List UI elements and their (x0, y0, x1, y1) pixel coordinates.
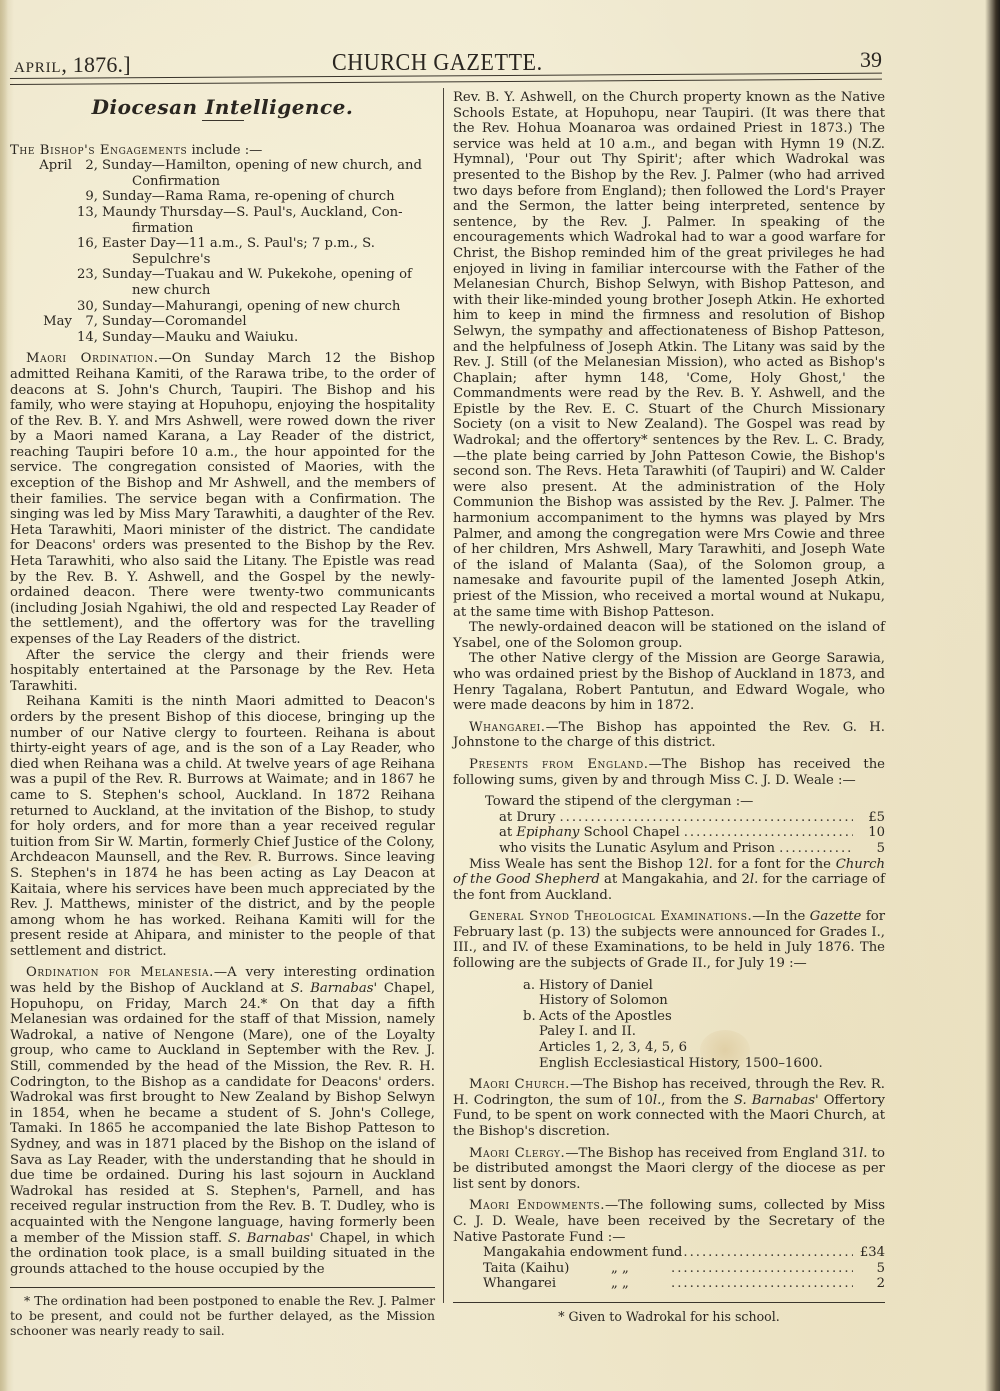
endowment-label: Taita (Kaihu) (483, 1261, 611, 1277)
dot-leader (671, 1245, 853, 1261)
maori-clergy-paragraph: Maori Clergy.—The Bishop has received fr… (453, 1146, 885, 1193)
maori-ordination-paragraph-2: After the service the clergy and their f… (10, 648, 435, 695)
label-text: who visits the Lunatic Asylum and Prison (499, 841, 775, 856)
subject-line: Articles 1, 2, 3, 4, 5, 6 (539, 1040, 885, 1056)
exam-subject: b.Acts of the ApostlesPaley I. and II. (523, 1009, 885, 1040)
melanesia-continued: Rev. B. Y. Ashwell, on the Church proper… (453, 90, 885, 620)
label-text: at Drury (499, 810, 555, 825)
engagement-day: 9, (76, 189, 98, 205)
presents-row: who visits the Lunatic Asylum and Prison… (467, 841, 885, 857)
publication-title: CHURCH GAZETTE. (332, 50, 543, 77)
endowment-row: Whangarei„ „2 (453, 1276, 885, 1292)
endowment-row: Taita (Kaihu)„ „5 (453, 1261, 885, 1277)
engagement-month: May (10, 314, 76, 330)
presents-row-value: 10 (857, 825, 885, 841)
engagement-text: Sunday—Mahurangi, opening of new church (98, 299, 435, 315)
font-text-a: Miss Weale has sent the Bishop 12 (469, 857, 704, 872)
engagement-continuation: Confirmation (10, 174, 435, 190)
engagement-item: 16,Easter Day—11 a.m., S. Paul's; 7 p.m.… (10, 236, 435, 267)
engagement-text: Sunday—Coromandel (98, 314, 435, 330)
engagement-item: 9,Sunday—Rama Rama, re-opening of church (10, 189, 435, 205)
subject-line: History of Daniel (539, 978, 885, 994)
right-column: Rev. B. Y. Ashwell, on the Church proper… (453, 90, 885, 1325)
font-paragraph: Miss Weale has sent the Bishop 12l. for … (453, 857, 885, 904)
title-rule (202, 120, 244, 121)
maori-ordination-label: Maori Ordination. (26, 351, 159, 366)
gazette-italic: Gazette (810, 909, 862, 924)
dot-leader (671, 1276, 853, 1292)
maori-ordination-text: —On Sunday March 12 the Bishop admitted … (10, 351, 435, 647)
presents-row-label: at Drury (499, 810, 555, 826)
maori-endowments-paragraph: Maori Endowments.—The following sums, co… (453, 1198, 885, 1245)
engagement-item: May7,Sunday—Coromandel (10, 314, 435, 330)
whangarei-label: Whangarei. (469, 720, 546, 735)
engagement-day: 7, (76, 314, 98, 330)
melanesia-deacon-station: The newly-ordained deacon will be statio… (453, 620, 885, 651)
font-text-c: at Mangakahia, and 2 (600, 872, 750, 887)
column-divider (443, 88, 444, 1303)
presents-row-label: who visits the Lunatic Asylum and Prison (499, 841, 775, 857)
presents-table: at Drury£5at Epiphany School Chapel10who… (453, 810, 885, 857)
dot-leader (779, 841, 853, 857)
engagement-text: Sunday—Mauku and Waiuku. (98, 330, 435, 346)
engagement-text: Sunday—Rama Rama, re-opening of church (98, 189, 435, 205)
engagement-day: 14, (76, 330, 98, 346)
subject-line: English Ecclesiastical History, 1500–160… (539, 1056, 885, 1072)
engagement-text: Sunday—Hamilton, opening of new church, … (98, 158, 435, 174)
presents-row: at Epiphany School Chapel10 (467, 825, 885, 841)
maori-ordination-paragraph-3: Reihana Kamiti is the ninth Maori admitt… (10, 694, 435, 959)
exam-subject: Articles 1, 2, 3, 4, 5, 6 (523, 1040, 885, 1056)
footnote-left: * The ordination had been postponed to e… (10, 1294, 435, 1338)
label-text: School Chapel (579, 825, 679, 840)
maori-church-label: Maori Church. (469, 1077, 570, 1092)
melanesia-text-b: Chapel, Hopuhopu, on Friday, March 24.* … (10, 981, 435, 1246)
engagement-continuation: new church (10, 283, 435, 299)
maori-clergy-text-a: —The Bishop has received from England 31 (565, 1146, 859, 1161)
engagement-month (10, 267, 76, 283)
engagements-label: The Bishop's Engagements (10, 143, 187, 158)
engagement-text: Sunday—Tuakau and W. Pukekohe, opening o… (98, 267, 435, 283)
endowment-row: Mangakahia endowment fund£34 (453, 1245, 885, 1261)
subject-line: History of Solomon (523, 993, 885, 1009)
endowment-label: Whangarei (483, 1276, 611, 1292)
endowment-value: £34 (857, 1245, 885, 1261)
synod-paragraph: General Synod Theological Examinations.—… (453, 909, 885, 971)
label-italic: Epiphany (516, 825, 579, 840)
engagement-day: 23, (76, 267, 98, 283)
footnote-right: * Given to Wadrokal for his school. (453, 1309, 885, 1325)
label-text: at (499, 825, 516, 840)
maori-clergy-label: Maori Clergy. (469, 1146, 565, 1161)
melanesia-other-clergy: The other Native clergy of the Mission a… (453, 651, 885, 713)
maori-church-text-b: , from the (661, 1093, 734, 1108)
exam-subject: English Ecclesiastical History, 1500–160… (523, 1056, 885, 1072)
engagement-day: 13, (76, 205, 98, 221)
dot-leader (671, 1261, 853, 1277)
pound-abbrev: l. (859, 1146, 867, 1161)
engagement-text: Maundy Thursday—S. Paul's, Auckland, Con… (98, 205, 435, 221)
ditto-marks: „ „ (611, 1276, 667, 1292)
footnote-rule (10, 1287, 435, 1288)
engagements-list: April2,Sunday—Hamilton, opening of new c… (10, 158, 435, 345)
subject-marker: b. (523, 1009, 539, 1025)
pound-abbrev: l. (704, 857, 712, 872)
footnote-rule (453, 1302, 885, 1303)
maori-church-paragraph: Maori Church.—The Bishop has received, t… (453, 1077, 885, 1139)
melanesia-paragraph: Ordination for Melanesia.—A very interes… (10, 965, 435, 1277)
endowment-label: Mangakahia endowment fund (483, 1245, 611, 1261)
presents-row-label: at Epiphany School Chapel (499, 825, 680, 841)
subject-line: Paley I. and II. (523, 1024, 885, 1040)
engagement-day: 2, (76, 158, 98, 174)
issue-date: April, 1876.] (14, 52, 131, 78)
melanesia-italic-1: S. Barnabas' (291, 981, 377, 996)
engagements-intro-text: include :— (187, 143, 262, 158)
engagement-text: Easter Day—11 a.m., S. Paul's; 7 p.m., S… (98, 236, 435, 252)
presents-row-value: £5 (857, 810, 885, 826)
issue-year: , 1876.] (61, 52, 130, 77)
melanesia-italic-2: S. Barnabas' (228, 1231, 314, 1246)
endowment-value: 5 (857, 1261, 885, 1277)
engagement-continuation: firmation (10, 221, 435, 237)
engagement-item: 30,Sunday—Mahurangi, opening of new chur… (10, 299, 435, 315)
endowment-value: 2 (857, 1276, 885, 1292)
left-column: Diocesan Intelligence. The Bishop's Enga… (10, 100, 435, 1339)
exam-subject: a.History of DanielHistory of Solomon (523, 978, 885, 1009)
engagement-item: 23,Sunday—Tuakau and W. Pukekohe, openin… (10, 267, 435, 298)
melanesia-label: Ordination for Melanesia. (26, 965, 214, 980)
engagement-item: April2,Sunday—Hamilton, opening of new c… (10, 158, 435, 189)
subject-marker (523, 1040, 539, 1056)
section-title: Diocesan Intelligence. (10, 100, 435, 116)
newspaper-page: April, 1876.] CHURCH GAZETTE. 39 Diocesa… (0, 0, 1000, 1391)
subject-line: Acts of the Apostles (539, 1009, 885, 1025)
maori-ordination-paragraph: Maori Ordination.—On Sunday March 12 the… (10, 351, 435, 647)
engagement-month (10, 299, 76, 315)
engagement-month (10, 205, 76, 221)
page-number: 39 (860, 47, 882, 73)
presents-paragraph: Presents from England.—The Bishop has re… (453, 757, 885, 788)
engagement-item: 14,Sunday—Mauku and Waiuku. (10, 330, 435, 346)
engagements-intro: The Bishop's Engagements include :— (10, 143, 435, 159)
engagement-day: 30, (76, 299, 98, 315)
engagement-item: 13,Maundy Thursday—S. Paul's, Auckland, … (10, 205, 435, 236)
barnabas-italic: S. Barnabas' (734, 1093, 819, 1108)
page-edge-shadow (0, 0, 8, 1391)
engagement-month (10, 236, 76, 252)
subject-marker: a. (523, 978, 539, 994)
engagement-month (10, 189, 76, 205)
engagement-continuation: Sepulchre's (10, 252, 435, 268)
endowments-table: Mangakahia endowment fund£34Taita (Kaihu… (453, 1245, 885, 1292)
presents-subhead: Toward the stipend of the clergyman :— (453, 794, 885, 810)
exam-subjects-list: a.History of DanielHistory of Solomonb.A… (453, 978, 885, 1072)
synod-label: General Synod Theological Examinations. (469, 909, 752, 924)
presents-row-value: 5 (857, 841, 885, 857)
dot-leader (559, 810, 853, 826)
engagement-month: April (10, 158, 76, 174)
presents-row: at Drury£5 (467, 810, 885, 826)
engagement-month (10, 330, 76, 346)
dot-leader (684, 825, 853, 841)
engagement-day: 16, (76, 236, 98, 252)
ditto-marks: „ „ (611, 1261, 667, 1277)
issue-month: April (14, 60, 61, 76)
presents-label: Presents from England. (469, 757, 649, 772)
font-text-b: for a font for the (713, 857, 836, 872)
subject-marker (523, 1056, 539, 1072)
synod-text-a: —In the (752, 909, 810, 924)
whangarei-paragraph: Whangarei.—The Bishop has appointed the … (453, 720, 885, 751)
maori-endowments-label: Maori Endowments. (469, 1198, 605, 1213)
